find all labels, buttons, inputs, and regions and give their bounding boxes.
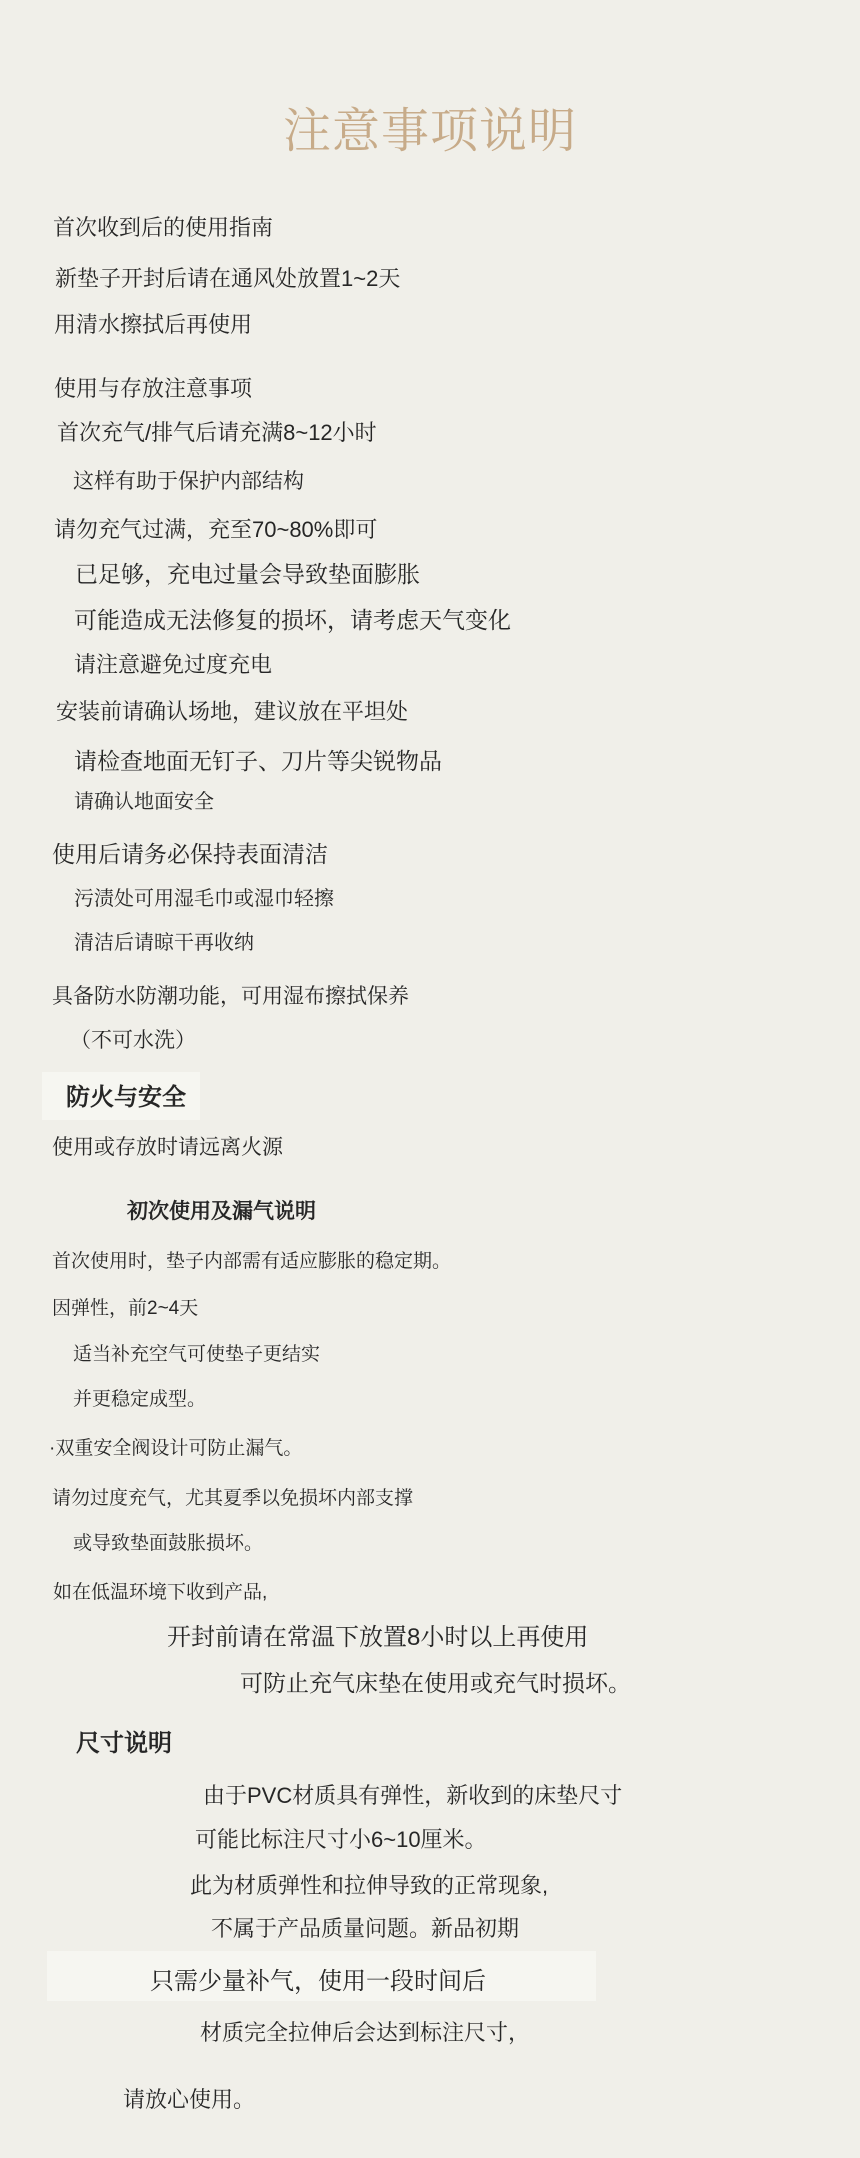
line-ground-safe: 请确认地面安全 — [74, 789, 214, 816]
line-ventilate: 新垫子开封后请在通风处放置1~2天 — [55, 264, 400, 294]
line-no-sharp-objects: 请检查地面无钉子、刀片等尖锐物品 — [74, 746, 442, 777]
page-title: 注意事项说明 — [0, 92, 860, 161]
line-wipe-water: 用清水擦拭后再使用 — [54, 310, 252, 340]
line-inflate-hours: 首次充气/排气后请充满8~12小时 — [57, 418, 377, 448]
notice-document: 注意事项说明 首次收到后的使用指南 新垫子开封后请在通风处放置1~2天 用清水擦… — [0, 0, 860, 2158]
line-bulge-damage: 或导致垫面鼓胀损坏。 — [73, 1531, 263, 1557]
line-rest-assured: 请放心使用。 — [123, 2085, 255, 2115]
line-avoid-overcharge: 请注意避免过度充电 — [74, 650, 272, 680]
heading-initial-guide: 首次收到后的使用指南 — [53, 213, 273, 243]
line-first-days: 因弹性，前2~4天 — [52, 1296, 198, 1322]
line-stabilization-period: 首次使用时，垫子内部需有适应膨胀的稳定期。 — [52, 1249, 451, 1275]
line-smaller-size: 可能比标注尺寸小6~10厘米。 — [195, 1825, 487, 1855]
line-reach-labeled-size: 材质完全拉伸后会达到标注尺寸， — [200, 2018, 530, 2048]
line-dry-before-storing: 清洁后请晾干再收纳 — [74, 930, 254, 957]
line-check-site: 安装前请确认场地，建议放在平坦处 — [56, 697, 408, 727]
line-small-top-up: 只需少量补气，使用一段时间后 — [150, 1966, 486, 1998]
heading-usage-storage: 使用与存放注意事项 — [54, 374, 252, 404]
line-waterproof: 具备防水防潮功能，可用湿布擦拭保养 — [52, 983, 409, 1011]
heading-first-use-leak: 初次使用及漏气说明 — [127, 1198, 316, 1226]
line-normal-phenomenon: 此为材质弹性和拉伸导致的正常现象, — [190, 1871, 548, 1901]
line-double-valve: ·双重安全阀设计可防止漏气。 — [49, 1436, 302, 1462]
line-top-up-air: 适当补充空气可使垫子更结实 — [73, 1342, 320, 1368]
line-prevent-damage: 可防止充气床垫在使用或充气时损坏。 — [240, 1668, 631, 1699]
line-more-stable: 并更稳定成型。 — [73, 1387, 206, 1413]
line-not-quality-issue: 不属于产品质量问题。新品初期 — [211, 1914, 519, 1944]
line-rest-8-hours: 开封前请在常温下放置8小时以上再使用 — [167, 1622, 588, 1654]
heading-size-info: 尺寸说明 — [76, 1728, 172, 1760]
line-no-washing: （不可水洗） — [70, 1027, 196, 1055]
line-overfill-swell: 已足够，充电过量会导致垫面膨胀 — [75, 559, 420, 590]
line-pvc-elastic: 由于PVC材质具有弹性，新收到的床垫尺寸 — [203, 1781, 622, 1811]
line-no-overfill: 请勿充气过满，充至70~80%即可 — [54, 515, 377, 545]
line-keep-away-fire: 使用或存放时请远离火源 — [52, 1134, 283, 1162]
line-no-overinflate-summer: 请勿过度充气，尤其夏季以免损坏内部支撑 — [52, 1486, 413, 1512]
line-keep-clean: 使用后请务必保持表面清洁 — [52, 839, 328, 870]
line-cold-environment: 如在低温环境下收到产品, — [53, 1580, 267, 1606]
heading-fire-safety: 防火与安全 — [66, 1082, 186, 1114]
line-wipe-stains: 污渍处可用湿毛巾或湿巾轻擦 — [74, 886, 334, 913]
line-irreparable-damage: 可能造成无法修复的损坏，请考虑天气变化 — [74, 605, 511, 636]
line-protect-structure: 这样有助于保护内部结构 — [73, 468, 304, 496]
